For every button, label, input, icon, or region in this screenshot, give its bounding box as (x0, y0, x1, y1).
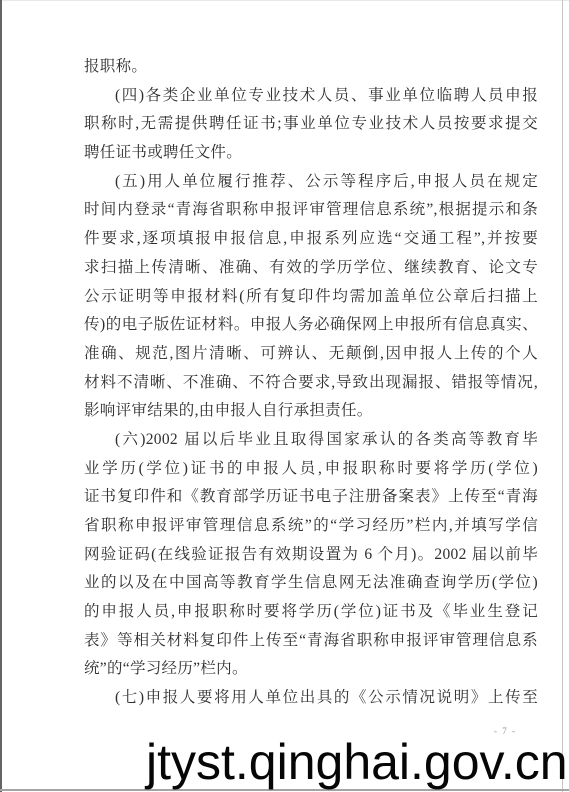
text-line: 聘任证书或聘任文件。 (84, 139, 538, 168)
site-watermark: jtyst.qinghai.gov.cn (146, 734, 568, 790)
text-line: (七)申报人要将用人单位出具的《公示情况说明》上传至 (84, 684, 538, 713)
scan-edge-right (562, 0, 563, 792)
text-line: 统”的“学习经历”栏内。 (84, 655, 538, 684)
text-line: 材料不清晰、不准确、不符合要求,导致出现漏报、错报等情况, (84, 369, 538, 398)
text-line: (五)用人单位履行推荐、公示等程序后,申报人员在规定 (84, 168, 538, 197)
scan-edge-top (0, 0, 569, 1)
text-line: (四)各类企业单位专业技术人员、事业单位临聘人员申报 (84, 82, 538, 111)
text-line: 省职称申报评审管理信息系统”的“学习经历”栏内,并填写学信 (84, 512, 538, 541)
text-line: 职称时,无需提供聘任证书;事业单位专业技术人员按要求提交 (84, 110, 538, 139)
text-line: 业的以及在中国高等教育学生信息网无法准确查询学历(学位) (84, 569, 538, 598)
text-line: 传)的电子版佐证材料。申报人务必确保网上申报所有信息真实、 (84, 311, 538, 340)
text-line: 时间内登录“青海省职称申报评审管理信息系统”,根据提示和条 (84, 196, 538, 225)
text-line: 网验证码(在线验证报告有效期设置为 6 个月)。2002 届以前毕 (84, 541, 538, 570)
document-text-block: 报职称。(四)各类企业单位专业技术人员、事业单位临聘人员申报职称时,无需提供聘任… (84, 53, 538, 713)
text-line: 表》等相关材料复印件上传至“青海省职称申报评审管理信息系 (84, 627, 538, 656)
text-line: 影响评审结果的,由申报人自行承担责任。 (84, 397, 538, 426)
text-line: 求扫描上传清晰、准确、有效的学历学位、继续教育、论文专著、 (84, 254, 538, 283)
text-line: 准确、规范,图片清晰、可辨认、无颠倒,因申报人上传的个人 (84, 340, 538, 369)
text-line: (六)2002 届以后毕业且取得国家承认的各类高等教育毕 (84, 426, 538, 455)
text-line: 的申报人员,申报职称时要将学历(学位)证书及《毕业生登记 (84, 598, 538, 627)
text-line: 业学历(学位)证书的申报人员,申报职称时要将学历(学位) (84, 455, 538, 484)
text-line: 证书复印件和《教育部学历证书电子注册备案表》上传至“青海 (84, 483, 538, 512)
text-line: 件要求,逐项填报申报信息,申报系列应选“交通工程”,并按要 (84, 225, 538, 254)
text-line: 公示证明等申报材料(所有复印件均需加盖单位公章后扫描上 (84, 283, 538, 312)
document-page: 报职称。(四)各类企业单位专业技术人员、事业单位临聘人员申报职称时,无需提供聘任… (0, 0, 569, 792)
text-line: 报职称。 (84, 53, 538, 82)
scan-edge-left (0, 0, 2, 792)
